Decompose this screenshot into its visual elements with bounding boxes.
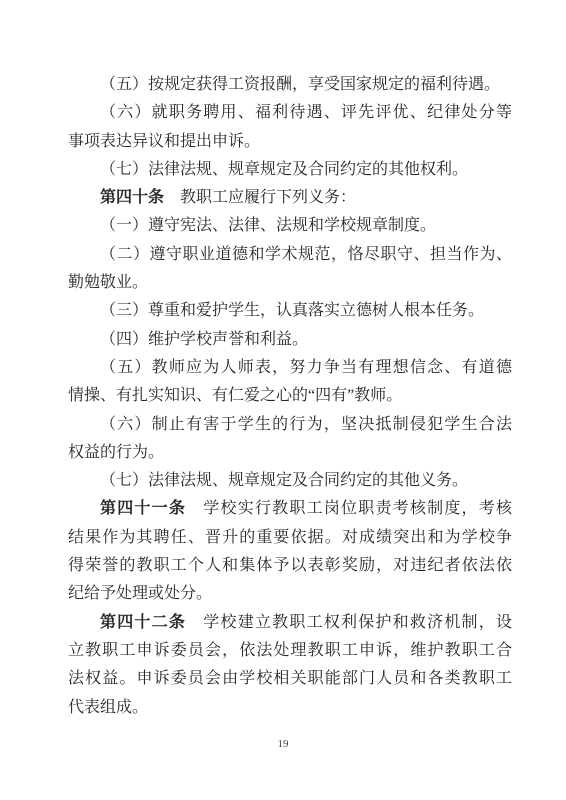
text-line: 权益的行为。: [68, 439, 512, 467]
text-run: （五）按规定获得工资报酬，享受国家规定的福利待遇。: [100, 76, 500, 93]
text-line: 得荣誉的教职工个人和集体予以表彰奖励，对违纪者依法依: [68, 552, 512, 580]
text-line: 法权益。申诉委员会由学校相关职能部门人员和各类教职工: [68, 665, 512, 693]
text-run: （二）遵守职业道德和学术规范，恪尽职守、担当作为、: [100, 246, 512, 263]
text-run: 立教职工申诉委员会，依法处理教职工申诉，维护教职工合: [68, 642, 512, 659]
text-line: （五）按规定获得工资报酬，享受国家规定的福利待遇。: [68, 71, 512, 99]
text-line: （六）就职务聘用、福利待遇、评先评优、纪律处分等: [68, 99, 512, 127]
text-run: 权益的行为。: [68, 444, 164, 461]
text-run: （五）教师应为人师表，努力争当有理想信念、有道德: [100, 359, 512, 376]
text-line: （一）遵守宪法、法律、法规和学校规章制度。: [68, 212, 512, 240]
text-run: （七）法律法规、规章规定及合同约定的其他义务。: [100, 472, 468, 489]
text-line: 第四十条 教职工应履行下列义务：: [68, 184, 512, 212]
text-line: （七）法律法规、规章规定及合同约定的其他义务。: [68, 467, 512, 495]
text-run: （四）维护学校声誉和利益。: [100, 331, 308, 348]
text-line: 第四十二条 学校建立教职工权利保护和救济机制，设: [68, 609, 512, 637]
article-number: 第四十一条: [100, 500, 186, 517]
text-run: 法权益。申诉委员会由学校相关职能部门人员和各类教职工: [68, 670, 512, 687]
text-run: 学校实行教职工岗位职责考核制度，考核: [186, 500, 512, 517]
text-run: 得荣誉的教职工个人和集体予以表彰奖励，对违纪者依法依: [68, 557, 512, 574]
text-line: （五）教师应为人师表，努力争当有理想信念、有道德: [68, 354, 512, 382]
text-line: 纪给予处理或处分。: [68, 580, 512, 608]
text-line: （七）法律法规、规章规定及合同约定的其他权利。: [68, 156, 512, 184]
text-run: 勤勉敬业。: [68, 274, 148, 291]
text-line: 事项表达异议和提出申诉。: [68, 128, 512, 156]
text-line: 立教职工申诉委员会，依法处理教职工申诉，维护教职工合: [68, 637, 512, 665]
document-page: （五）按规定获得工资报酬，享受国家规定的福利待遇。（六）就职务聘用、福利待遇、评…: [0, 0, 566, 800]
text-line: 结果作为其聘任、晋升的重要依据。对成绩突出和为学校争: [68, 524, 512, 552]
text-run: 结果作为其聘任、晋升的重要依据。对成绩突出和为学校争: [68, 529, 512, 546]
text-line: （六）制止有害于学生的行为，坚决抵制侵犯学生合法: [68, 411, 512, 439]
text-run: （七）法律法规、规章规定及合同约定的其他权利。: [100, 161, 468, 178]
text-line: 勤勉敬业。: [68, 269, 512, 297]
article-number: 第四十条: [100, 189, 164, 206]
text-run: 学校建立教职工权利保护和救济机制，设: [186, 614, 512, 631]
text-run: （一）遵守宪法、法律、法规和学校规章制度。: [100, 217, 436, 234]
text-line: （二）遵守职业道德和学术规范，恪尽职守、担当作为、: [68, 241, 512, 269]
text-run: 事项表达异议和提出申诉。: [68, 133, 260, 150]
text-run: （六）就职务聘用、福利待遇、评先评优、纪律处分等: [100, 104, 512, 121]
text-run: 情操、有扎实知识、有仁爱之心的“四有”教师。: [68, 387, 402, 404]
text-line: （四）维护学校声誉和利益。: [68, 326, 512, 354]
text-lines: （五）按规定获得工资报酬，享受国家规定的福利待遇。（六）就职务聘用、福利待遇、评…: [68, 71, 512, 722]
page-number: 19: [0, 738, 566, 750]
text-line: 代表组成。: [68, 694, 512, 722]
text-run: 纪给予处理或处分。: [68, 585, 212, 602]
article-number: 第四十二条: [100, 614, 186, 631]
text-line: 第四十一条 学校实行教职工岗位职责考核制度，考核: [68, 495, 512, 523]
text-run: 代表组成。: [68, 699, 148, 716]
text-run: （六）制止有害于学生的行为，坚决抵制侵犯学生合法: [100, 416, 512, 433]
text-line: （三）尊重和爱护学生，认真落实立德树人根本任务。: [68, 297, 512, 325]
text-line: 情操、有扎实知识、有仁爱之心的“四有”教师。: [68, 382, 512, 410]
text-run: （三）尊重和爱护学生，认真落实立德树人根本任务。: [100, 302, 484, 319]
text-run: 教职工应履行下列义务：: [164, 189, 356, 206]
